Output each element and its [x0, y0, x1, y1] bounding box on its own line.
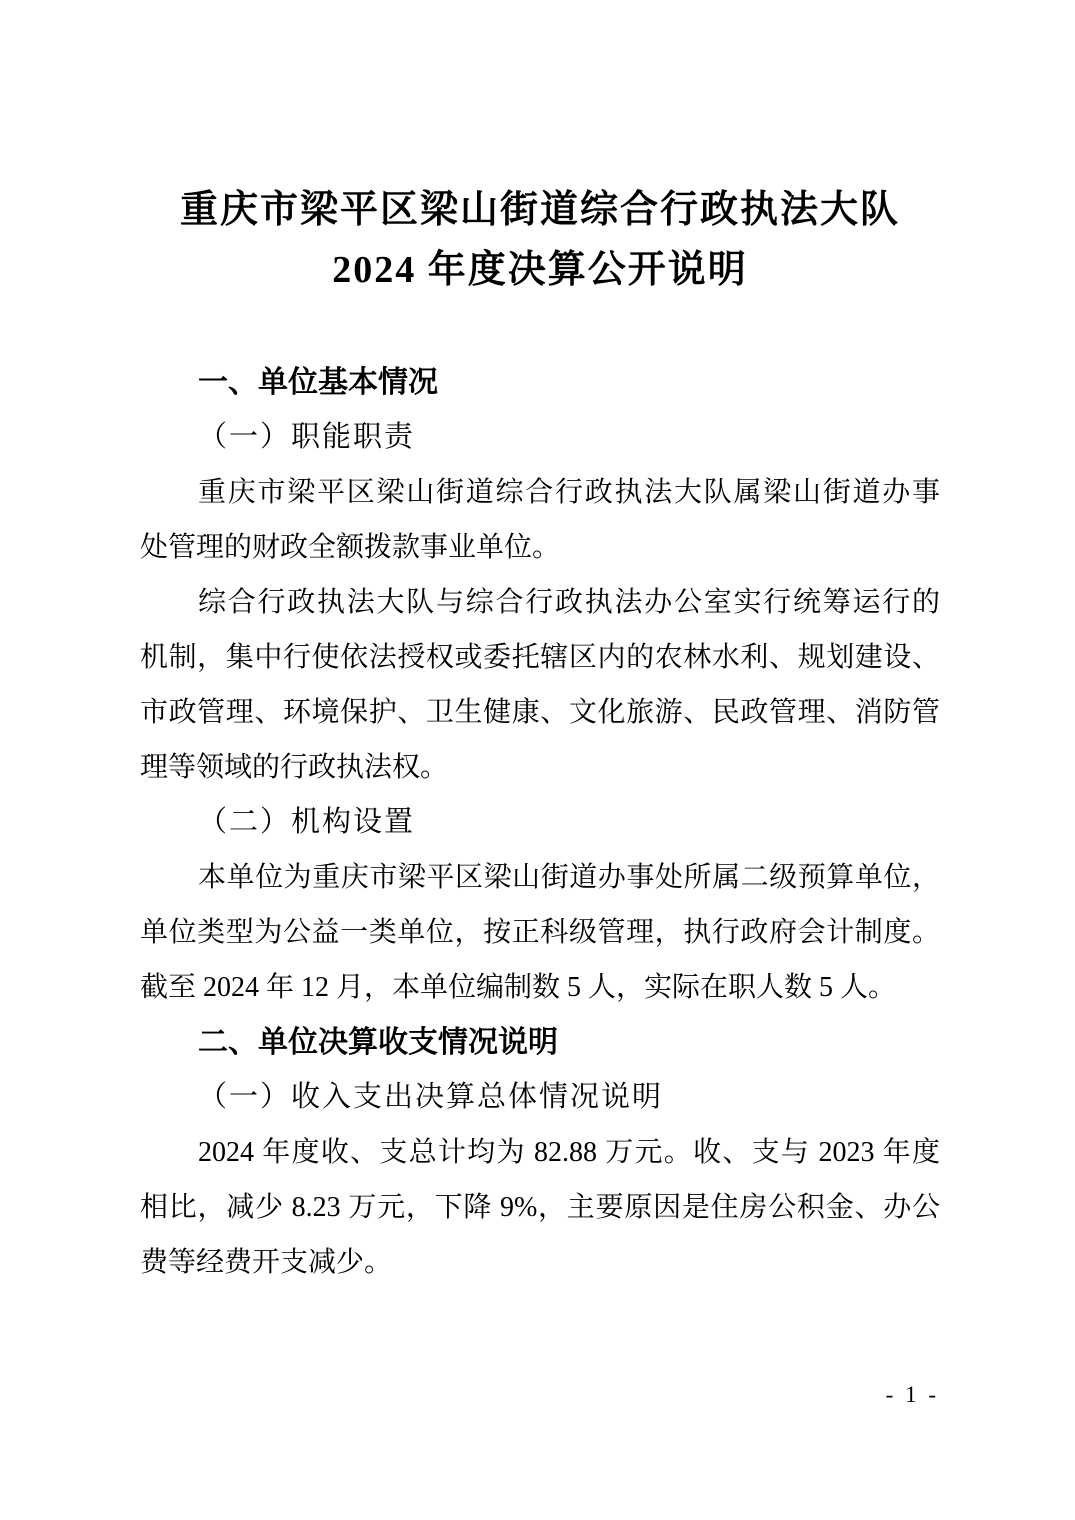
text-line: 理等领域的行政执法权。	[140, 740, 940, 795]
text-line: 2024 年度收、支总计均为 82.88 万元。收、支与 2023 年度	[140, 1125, 940, 1180]
text-line: 处管理的财政全额拨款事业单位。	[140, 520, 940, 575]
text-line: 费等经费开支减少。	[140, 1235, 940, 1290]
document-page: 重庆市梁平区梁山街道综合行政执法大队 2024 年度决算公开说明 一、单位基本情…	[0, 0, 1075, 1520]
text-line: 截至 2024 年 12 月，本单位编制数 5 人，实际在职人数 5 人。	[140, 960, 940, 1015]
section-heading-2: 二、单位决算收支情况说明	[140, 1015, 940, 1070]
text-line: 重庆市梁平区梁山街道综合行政执法大队属梁山街道办事	[140, 465, 940, 520]
document-title: 重庆市梁平区梁山街道综合行政执法大队 2024 年度决算公开说明	[140, 180, 940, 300]
document-body: 一、单位基本情况 （一）职能职责 重庆市梁平区梁山街道综合行政执法大队属梁山街道…	[140, 355, 940, 1290]
section-heading-1: 一、单位基本情况	[140, 355, 940, 410]
page-number: - 1 -	[886, 1382, 939, 1408]
subsection-heading-2-1: （一）收入支出决算总体情况说明	[140, 1070, 940, 1125]
subsection-heading-1-2: （二）机构设置	[140, 795, 940, 850]
title-line-2: 2024 年度决算公开说明	[140, 240, 940, 300]
text-line: 相比，减少 8.23 万元，下降 9%，主要原因是住房公积金、办公	[140, 1180, 940, 1235]
text-line: 本单位为重庆市梁平区梁山街道办事处所属二级预算单位，	[140, 850, 940, 905]
text-line: 机制，集中行使依法授权或委托辖区内的农林水利、规划建设、	[140, 630, 940, 685]
subsection-heading-1-1: （一）职能职责	[140, 410, 940, 465]
text-line: 综合行政执法大队与综合行政执法办公室实行统筹运行的	[140, 575, 940, 630]
title-line-1: 重庆市梁平区梁山街道综合行政执法大队	[140, 180, 940, 240]
text-line: 市政管理、环境保护、卫生健康、文化旅游、民政管理、消防管	[140, 685, 940, 740]
text-line: 单位类型为公益一类单位，按正科级管理，执行政府会计制度。	[140, 905, 940, 960]
